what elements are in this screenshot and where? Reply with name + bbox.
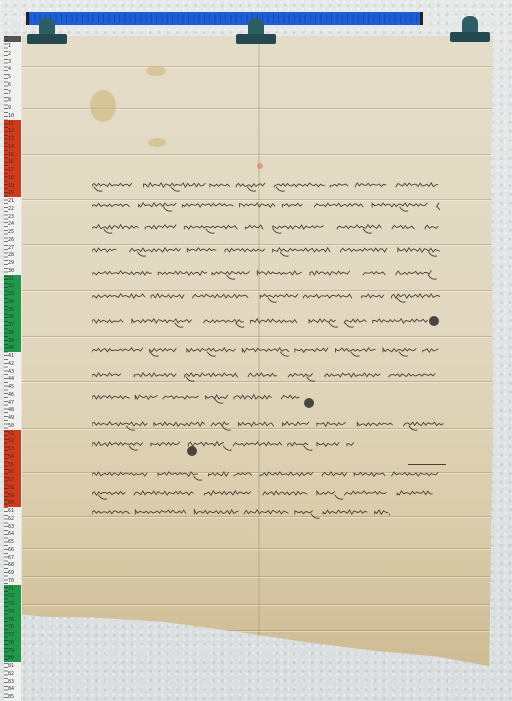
- vertical-ruler: 1234567891011121314151617181920212223242…: [4, 36, 21, 701]
- handwritten-line: [92, 267, 440, 281]
- ruler-number: 40: [8, 346, 14, 351]
- ruler-number: 50: [8, 424, 14, 429]
- handwritten-line: [92, 506, 390, 520]
- ruler-number: 34: [8, 300, 14, 305]
- water-stain: [90, 90, 116, 122]
- ruler-number: 81: [8, 664, 14, 669]
- ruler-number: 39: [8, 339, 14, 344]
- ruler-number: 68: [8, 563, 14, 568]
- handwritten-line: [92, 290, 440, 304]
- ruler-number: 20: [8, 191, 14, 196]
- ruler-number: 22: [8, 207, 14, 212]
- ruler-number: 2: [8, 52, 11, 57]
- ruler-number: 59: [8, 494, 14, 499]
- ruler-number: 72: [8, 594, 14, 599]
- ruler-number: 63: [8, 525, 14, 530]
- seal-mark: [187, 446, 197, 456]
- ruler-number: 55: [8, 463, 14, 468]
- ruler-number: 73: [8, 602, 14, 607]
- ruler-number: 54: [8, 455, 14, 460]
- seal-mark: [429, 316, 439, 326]
- handwritten-line: [92, 315, 428, 329]
- ruler-number: 29: [8, 261, 14, 266]
- fold-line: [22, 604, 493, 605]
- fold-line: [22, 154, 493, 155]
- ruler-number: 66: [8, 548, 14, 553]
- ruler-number: 10: [8, 114, 14, 119]
- handwritten-line: [92, 221, 440, 235]
- handwritten-line: [92, 438, 355, 452]
- ruler-number: 47: [8, 401, 14, 406]
- ruler-number: 62: [8, 517, 14, 522]
- ruler-number: 8: [8, 98, 11, 103]
- handwritten-line: [92, 468, 440, 482]
- ruler-number: 80: [8, 656, 14, 661]
- ruler-number: 32: [8, 284, 14, 289]
- clip-center: [236, 18, 276, 46]
- ruler-number: 65: [8, 540, 14, 545]
- clip-left: [27, 18, 67, 46]
- ruler-number: 14: [8, 145, 14, 150]
- ruler-number: 11: [8, 122, 14, 127]
- red-mark: [257, 163, 263, 169]
- ruler-number: 83: [8, 680, 14, 685]
- water-stain: [146, 66, 166, 76]
- seal-mark: [304, 398, 314, 408]
- fold-line: [22, 336, 493, 337]
- ruler-number: 23: [8, 215, 14, 220]
- ruler-number: 13: [8, 137, 14, 142]
- ruler-number: 37: [8, 323, 14, 328]
- ruler-number: 46: [8, 393, 14, 398]
- fold-line: [22, 548, 493, 549]
- ruler-number: 42: [8, 362, 14, 367]
- ruler-number: 61: [8, 509, 14, 514]
- ruler-number: 53: [8, 447, 14, 452]
- horizontal-ruler: [26, 12, 423, 25]
- ruler-number: 30: [8, 269, 14, 274]
- ruler-number: 75: [8, 618, 14, 623]
- ruler-number: 74: [8, 610, 14, 615]
- ruler-number: 45: [8, 385, 14, 390]
- ruler-number: 79: [8, 649, 14, 654]
- handwritten-line: [92, 244, 440, 258]
- ruler-number: 77: [8, 633, 14, 638]
- handwritten-line: [92, 199, 440, 213]
- ruler-number: 33: [8, 292, 14, 297]
- ruler-number: 24: [8, 222, 14, 227]
- ruler-number: 16: [8, 160, 14, 165]
- handwritten-line: [92, 344, 440, 358]
- ruler-number: 36: [8, 315, 14, 320]
- ruler-number: 67: [8, 556, 14, 561]
- handwritten-line: [92, 391, 300, 405]
- ruler-number: 56: [8, 470, 14, 475]
- ruler-number: 5: [8, 75, 11, 80]
- ruler-number: 64: [8, 532, 14, 537]
- ruler-number: 18: [8, 176, 14, 181]
- ruler-number: 25: [8, 230, 14, 235]
- ruler-number: 17: [8, 168, 14, 173]
- handwritten-line: [92, 487, 440, 501]
- ruler-number: 52: [8, 439, 14, 444]
- fold-line: [22, 66, 493, 67]
- ruler-number: 58: [8, 486, 14, 491]
- ruler-number: 69: [8, 571, 14, 576]
- water-stain: [148, 138, 166, 147]
- ruler-number: 60: [8, 501, 14, 506]
- ruler-number: 76: [8, 625, 14, 630]
- ruler-number: 1: [8, 44, 11, 49]
- ruler-number: 3: [8, 60, 11, 65]
- ruler-number: 7: [8, 91, 11, 96]
- margin-stroke: [408, 464, 446, 465]
- handwritten-line: [92, 369, 440, 383]
- ruler-number: 57: [8, 478, 14, 483]
- ruler-number: 48: [8, 408, 14, 413]
- ruler-number: 41: [8, 354, 14, 359]
- clip-right: [450, 16, 490, 44]
- ruler-number: 70: [8, 579, 14, 584]
- ruler-number: 27: [8, 246, 14, 251]
- ruler-number: 78: [8, 641, 14, 646]
- ruler-number: 31: [8, 277, 14, 282]
- ruler-number: 26: [8, 238, 14, 243]
- ruler-number: 44: [8, 377, 14, 382]
- ruler-number: 43: [8, 370, 14, 375]
- ruler-number: 9: [8, 106, 11, 111]
- ruler-number: 28: [8, 253, 14, 258]
- ruler-number: 4: [8, 67, 11, 72]
- ruler-ticks: [29, 14, 420, 23]
- ruler-number: 84: [8, 687, 14, 692]
- ruler-number: 49: [8, 416, 14, 421]
- ruler-number: 12: [8, 129, 14, 134]
- handwritten-line: [92, 418, 445, 432]
- ruler-number: 51: [8, 432, 14, 437]
- ruler-number: 19: [8, 184, 14, 189]
- ruler-number: 82: [8, 672, 14, 677]
- ruler-number: 35: [8, 308, 14, 313]
- ruler-number: 21: [8, 199, 14, 204]
- ruler-number: 15: [8, 153, 14, 158]
- fold-line: [22, 576, 493, 577]
- ruler-number: 38: [8, 331, 14, 336]
- handwritten-line: [92, 179, 440, 193]
- ruler-number: 85: [8, 695, 14, 700]
- ruler-number: 71: [8, 587, 14, 592]
- ruler-number: 6: [8, 83, 11, 88]
